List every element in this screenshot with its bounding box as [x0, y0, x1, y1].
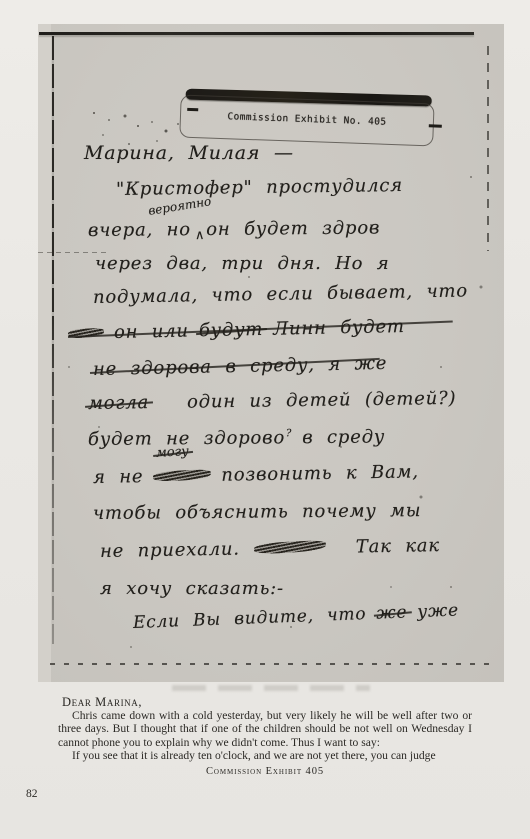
struck-word-mogla: могла [88, 392, 149, 414]
handwritten-line-2: "Кристофер" простудился [116, 175, 403, 200]
handwritten-line-14: Если Вы видите, чтожеуже [133, 600, 460, 633]
scribbled-out-word [153, 469, 211, 482]
handwritten-line-4: через два, три дня. Но я [95, 253, 390, 274]
line3-end: он будет здров [206, 217, 380, 240]
translation-paragraph-1: Chris came down with a cold yesterday, b… [58, 709, 472, 749]
photo-bottom-dashed-line [50, 663, 490, 665]
line3-start: вчера, но [88, 219, 191, 241]
handwritten-line-3: вчера, но∧он будет здров [88, 217, 380, 244]
translation-block: Chris came down with a cold yesterday, b… [58, 709, 472, 763]
handwritten-line-10: я непозвонить к Вам, [93, 461, 419, 488]
line10-end: позвонить к Вам, [221, 461, 419, 485]
photo-left-margin-line [52, 36, 54, 644]
struck-word-zhe: же [376, 602, 408, 623]
handwritten-line-11: чтобы объяснить почему мы [93, 500, 421, 524]
exhibit-stamp: Commission Exhibit No. 405 [179, 88, 435, 149]
handwritten-line-9: будет не здорово?в среду [88, 426, 385, 450]
handwritten-line-8: моглаодин из детей (детей?) [88, 388, 457, 414]
line12-start: не приехали. [100, 539, 240, 562]
handwritten-line-12: не приехали.Так как [100, 535, 440, 562]
line9-end: в среду [302, 426, 385, 448]
translation-salutation: Dear Marina, [62, 695, 142, 710]
insertion-caret-mark: ∧ [195, 228, 205, 243]
line14-end: уже [417, 600, 459, 622]
photo-right-dashed-line [487, 46, 489, 251]
page-number: 82 [26, 788, 38, 800]
photo-top-border-line [39, 32, 474, 35]
handwritten-line-5: подумала, что если бывает, что [93, 280, 468, 308]
bleed-through-smudge [172, 685, 370, 691]
scan-noise-specks [38, 24, 40, 26]
handwritten-line-13: я хочу сказать:- [100, 578, 284, 599]
handwritten-line-1: Марина, Милая — [84, 142, 294, 164]
line8-one-of-children: один из детей (детей?) [187, 388, 457, 413]
line10-start: я не [93, 466, 144, 488]
line14-start: Если Вы видите, что [133, 604, 367, 633]
letter-photograph: Commission Exhibit No. 405 Марина, Милая… [38, 24, 504, 682]
handwritten-line-7: не здорова в среду, я же [93, 353, 388, 380]
line12-end: Так как [356, 535, 440, 557]
exhibit-caption: Commission Exhibit 405 [58, 766, 472, 777]
inserted-word-mogu: могу [156, 444, 189, 461]
translation-paragraph-2: If you see that it is already ten o'cloc… [58, 749, 472, 762]
scribbled-out-word [254, 540, 326, 555]
uncertainty-question-mark: ? [286, 428, 292, 439]
